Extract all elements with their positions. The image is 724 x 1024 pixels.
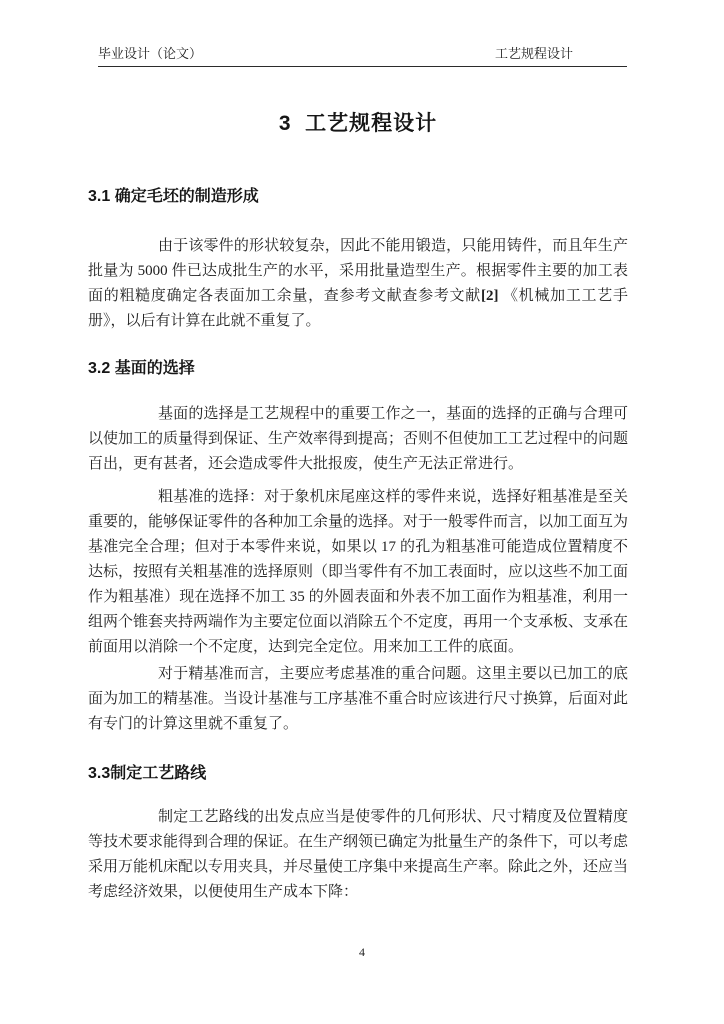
section-heading-3-1: 3.1 确定毛坯的制造形成 [88,186,628,208]
paragraph-3-2-1: 基面的选择是工艺规程中的重要工作之一，基面的选择的正确与合理可以使加工的质量得到… [88,402,628,477]
document-content: 3 工艺规程设计 3.1 确定毛坯的制造形成 由于该零件的形状较复杂，因此不能用… [88,67,628,905]
page-number: 4 [359,945,365,959]
header-left-text: 毕业设计（论文） [98,46,202,62]
paragraph-3-2-2: 粗基准的选择：对于象机床尾座这样的零件来说，选择好粗基准是至关重要的，能够保证零… [88,485,628,660]
paragraph-3-1-1: 由于该零件的形状较复杂，因此不能用锻造，只能用铸件，而且年生产批量为 5000 … [88,234,628,334]
paragraph-3-2-3: 对于精基准而言，主要应考虑基准的重合问题。这里主要以已加工的底面为加工的精基准。… [88,662,628,737]
paragraph-3-3-1: 制定工艺路线的出发点应当是使零件的几何形状、尺寸精度及位置精度等技术要求能得到合… [88,805,628,905]
section-heading-3-3: 3.3制定工艺路线 [88,763,628,785]
header-right-text: 工艺规程设计 [495,46,627,62]
citation-ref: [2] [481,288,499,304]
chapter-title: 3 工艺规程设计 [88,110,628,138]
running-header: 毕业设计（论文） 工艺规程设计 [98,46,627,67]
page-footer: 4 [0,944,724,960]
section-heading-3-2: 3.2 基面的选择 [88,358,628,380]
document-page: 毕业设计（论文） 工艺规程设计 3 工艺规程设计 3.1 确定毛坯的制造形成 由… [0,0,724,1024]
